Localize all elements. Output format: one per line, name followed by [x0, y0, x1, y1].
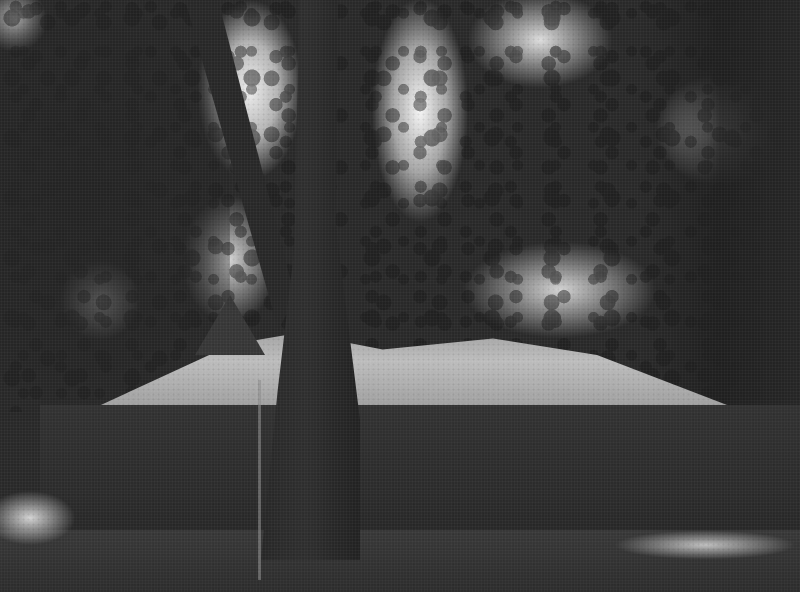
left-tree-canopy [0, 0, 230, 420]
ground-highlight-left [0, 488, 75, 548]
hedge-wall [40, 405, 800, 545]
thin-pole [258, 380, 261, 580]
ground-highlight-right [610, 525, 800, 565]
photograph: Black-and-white photograph of a large tr… [0, 0, 800, 592]
right-tree-canopy [640, 0, 800, 420]
